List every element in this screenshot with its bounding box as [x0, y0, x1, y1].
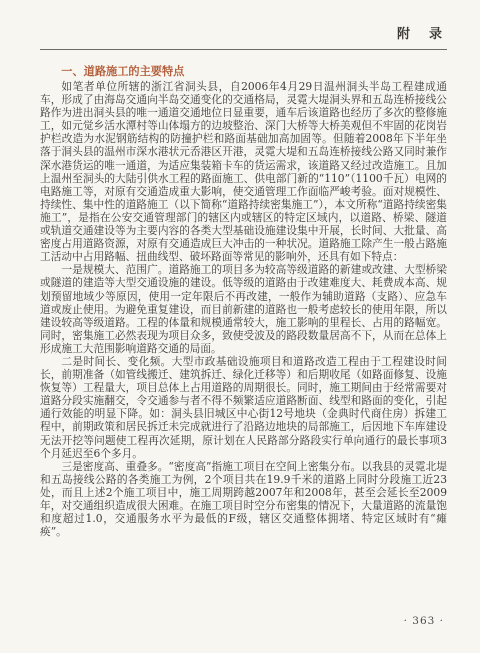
paragraph-point-2: 二是时间长、变化频。大型市政基础设施项目和道路改造工程由于工程建设时间长，前期准…	[40, 355, 447, 460]
paragraph-intro: 如笔者单位所辖的浙江省洞头县，自2006年4月29日温州洞头半岛工程建成通车，形…	[40, 80, 447, 263]
book-page: 附 录 一、道路施工的主要特点 如笔者单位所辖的浙江省洞头县，自2006年4月2…	[0, 0, 480, 653]
header-rule	[40, 49, 447, 50]
paragraph-point-3: 三是密度高、重叠多。“密度高”指施工项目在空间上密集分布。以我县的灵霓北堤和五岛…	[40, 460, 447, 539]
paragraph-point-1: 一是规模大、范围广。道路施工的项目多为较高等级道路的新建或改建、大型桥梁或隧道的…	[40, 263, 447, 355]
running-head: 附 录	[40, 26, 447, 44]
body-text: 如笔者单位所辖的浙江省洞头县，自2006年4月29日温州洞头半岛工程建成通车，形…	[40, 80, 447, 538]
page-number: · 363 ·	[404, 615, 444, 627]
section-heading: 一、道路施工的主要特点	[40, 64, 447, 78]
